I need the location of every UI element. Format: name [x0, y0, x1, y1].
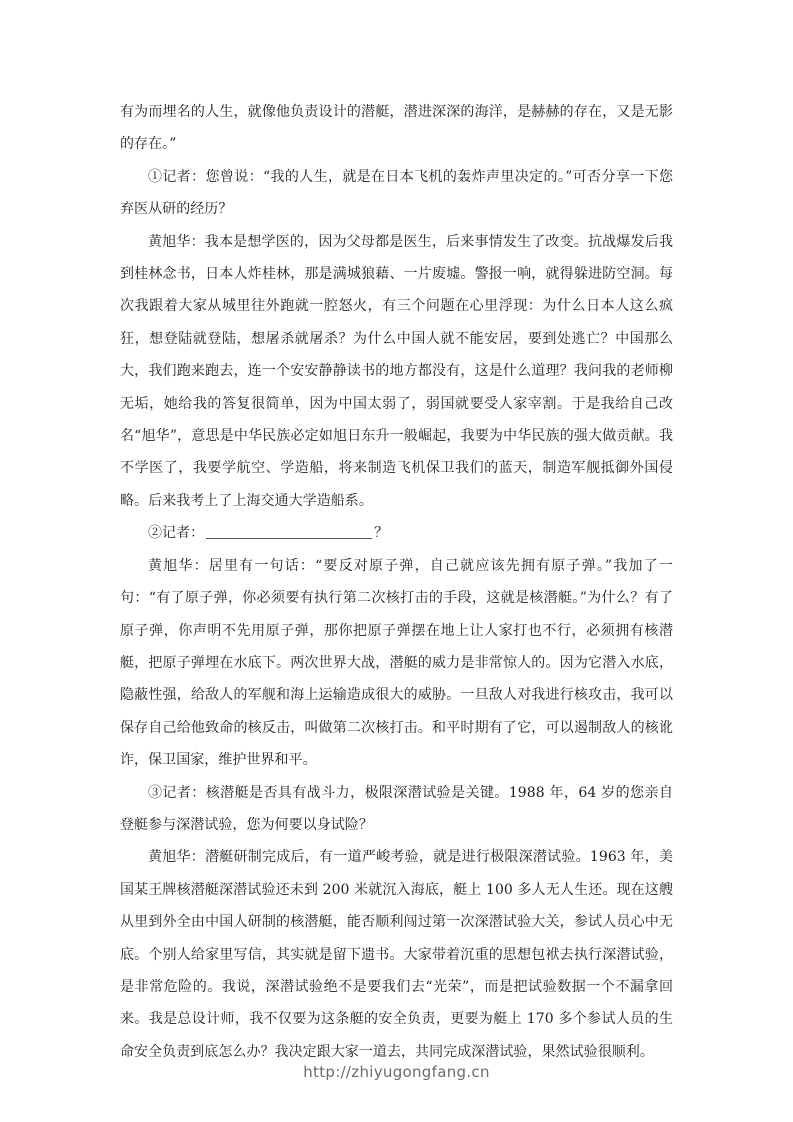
answer-1: 黄旭华：我本是想学医的，因为父母都是医生，后来事情发生了改变。抗战爆发后我到桂林… [120, 226, 673, 518]
question-2-prefix: ②记者： [148, 525, 204, 541]
answer-2: 黄旭华：居里有一句话：“要反对原子弹，自己就应该先拥有原子弹。”我加了一句：“有… [120, 550, 673, 777]
question-3: ③记者：核潜艇是否具有战斗力，极限深潜试验是关键。1988 年，64 岁的您亲自… [120, 777, 673, 842]
question-2: ②记者：？ [120, 517, 673, 549]
paragraph-intro-tail: 有为而埋名的人生，就像他负责设计的潜艇，潜进深深的海洋，是赫赫的存在，又是无影的… [120, 96, 673, 161]
footer-url: http://zhiyugongfang.cn [0, 1063, 793, 1081]
fill-in-blank[interactable] [206, 524, 372, 539]
answer-3: 黄旭华：潜艇研制完成后，有一道严峻考验，就是进行极限深潜试验。1963 年，美国… [120, 841, 673, 1068]
document-page: 有为而埋名的人生，就像他负责设计的潜艇，潜进深深的海洋，是赫赫的存在，又是无影的… [120, 96, 673, 1068]
question-1: ①记者：您曾说：“我的人生，就是在日本飞机的轰炸声里决定的。”可否分享一下您弃医… [120, 161, 673, 226]
question-2-suffix: ？ [374, 525, 388, 541]
